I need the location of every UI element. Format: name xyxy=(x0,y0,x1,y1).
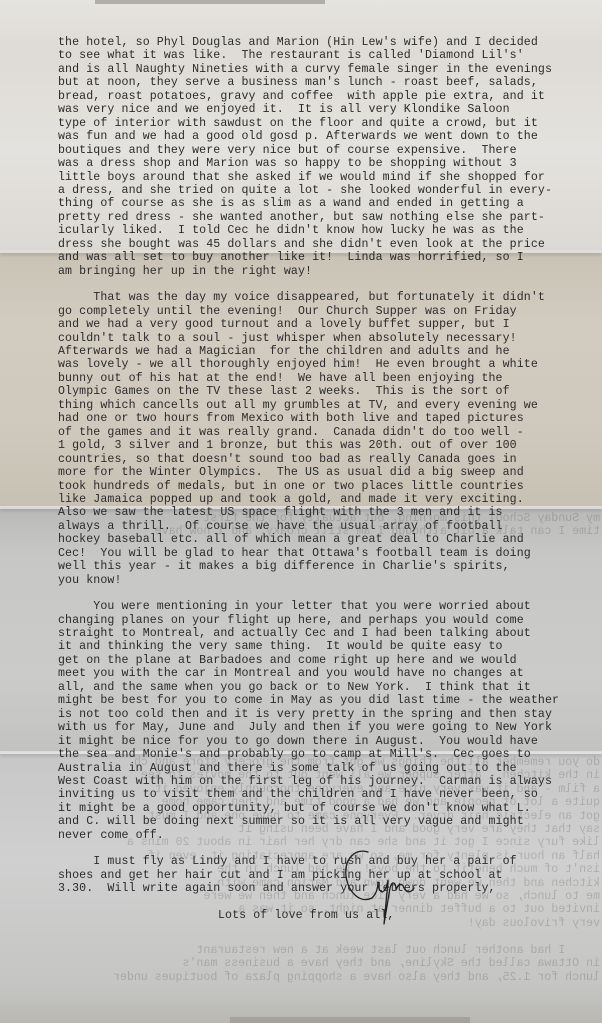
text-line: is not too cold then and it is very pret… xyxy=(58,708,598,721)
text-line: well this year - it makes a big differen… xyxy=(58,560,598,573)
text-line: was fun and we had a good old gosd p. Af… xyxy=(58,130,598,143)
text-line: Olympic Games on the TV these last 2 wee… xyxy=(58,385,598,398)
text-line: was lovely - we all thoroughly enjoyed h… xyxy=(58,358,598,371)
paragraph-sign-off: I must fly as Lindy and I have to rush a… xyxy=(58,855,598,895)
text-line: countries, so that doesn't sound too bad… xyxy=(58,453,598,466)
text-line: go completely until the evening! Our Chu… xyxy=(58,305,598,318)
text-line: more for the Winter Olympics. The US as … xyxy=(58,466,598,479)
text-line: 3.30. Will write again soon and answer y… xyxy=(58,882,598,895)
text-line: bread, roast potatoes, gravy and coffee … xyxy=(58,90,598,103)
text-line: straight to Montreal, and actually Cec a… xyxy=(58,627,598,640)
text-line: but at noon, they serve a business man's… xyxy=(58,76,598,89)
paragraph-olympics: That was the day my voice disappeared, b… xyxy=(58,291,598,587)
text-line: 1 gold, 3 silver and 1 bronze, but this … xyxy=(58,439,598,452)
text-line: thing of course as she is as slim as a w… xyxy=(58,197,598,210)
text-line: it might be a good opportunity, but of c… xyxy=(58,802,598,815)
text-line: pretty red dress - she wanted another, b… xyxy=(58,211,598,224)
text-line: icularly liked. I told Cec he didn't kno… xyxy=(58,224,598,237)
text-line: Australia in August and there is some ta… xyxy=(58,762,598,775)
paragraph-gap xyxy=(58,842,598,855)
text-line: meet you with the car in Montreal and yo… xyxy=(58,667,598,680)
text-line: the sea and Monie's and probably go to c… xyxy=(58,748,598,761)
text-line: it might be nice for you to go down ther… xyxy=(58,735,598,748)
text-line: never come off. xyxy=(58,829,598,842)
closing-line: Lots of love from us all, xyxy=(58,909,598,922)
text-line: changing planes on your flight up here, … xyxy=(58,614,598,627)
text-line: it and thinking the very same thing. It … xyxy=(58,640,598,653)
text-line: I must fly as Lindy and I have to rush a… xyxy=(58,855,598,868)
text-line: type of interior with sawdust on the flo… xyxy=(58,117,598,130)
text-line: hockey baseball etc. all of which mean a… xyxy=(58,533,598,546)
paragraph-gap xyxy=(58,587,598,600)
text-line: all, and the same when you go back or to… xyxy=(58,681,598,694)
paragraph-restaurant: the hotel, so Phyl Douglas and Marion (H… xyxy=(58,36,598,278)
paragraph-gap xyxy=(58,278,598,291)
text-line: like Jamaica popped up and took a gold, … xyxy=(58,493,598,506)
text-line: the hotel, so Phyl Douglas and Marion (H… xyxy=(58,36,598,49)
text-line: and we had a very good turnout and a lov… xyxy=(58,318,598,331)
text-line: shoes and get her hair cut and I am pick… xyxy=(58,869,598,882)
text-line: You were mentioning in your letter that … xyxy=(58,600,598,613)
text-line: always a thrill. Of course we have the u… xyxy=(58,520,598,533)
paragraph-travel-plans: You were mentioning in your letter that … xyxy=(58,600,598,842)
text-line: am bringing her up in the right way! xyxy=(58,265,598,278)
scan-edge-top xyxy=(95,0,325,4)
handwritten-signature xyxy=(338,848,428,928)
text-line: West Coast with him on the first leg of … xyxy=(58,775,598,788)
text-line: was very nice and we enjoyed it. It is a… xyxy=(58,103,598,116)
text-line: with us for May, June and July and then … xyxy=(58,721,598,734)
text-line: of the games and it was really grand. Ca… xyxy=(58,426,598,439)
text-line: a dress, and she tried on quite a lot - … xyxy=(58,184,598,197)
scanned-letter-page: my Sunday School this morning, but actua… xyxy=(0,0,602,1023)
text-line: and was all set to buy another like it! … xyxy=(58,251,598,264)
text-line: Also we saw the latest US space flight w… xyxy=(58,506,598,519)
text-line: thing which cancells out all my grumbles… xyxy=(58,399,598,412)
text-line: dress she bought was 45 dollars and she … xyxy=(58,238,598,251)
text-line: you know! xyxy=(58,574,598,587)
text-line: Cec! You will be glad to hear that Ottaw… xyxy=(58,547,598,560)
text-line: That was the day my voice disappeared, b… xyxy=(58,291,598,304)
text-line: was a dress shop and Marion was so happy… xyxy=(58,157,598,170)
letter-body: the hotel, so Phyl Douglas and Marion (H… xyxy=(58,36,598,922)
scan-edge-bottom xyxy=(230,1017,470,1023)
text-line: and is all Naughty Nineties with a curvy… xyxy=(58,63,598,76)
text-line: little boys around that she asked if we … xyxy=(58,171,598,184)
text-line: had one or two hours from Mexico with bo… xyxy=(58,412,598,425)
text-line: took hundreds of medals, but in one or t… xyxy=(58,480,598,493)
text-line: Afterwards we had a Magician for the chi… xyxy=(58,345,598,358)
text-line: bunny out of his hat at the end! We have… xyxy=(58,372,598,385)
text-line: might be best for you to come in May as … xyxy=(58,694,598,707)
text-line: inviting us to visit them and the childr… xyxy=(58,788,598,801)
text-line: and C. will be doing next summer so it i… xyxy=(58,815,598,828)
text-line: couldn't talk to a soul - just whisper w… xyxy=(58,332,598,345)
text-line: get on the plane at Barbadoes and come r… xyxy=(58,654,598,667)
text-line: to see what it was like. The restaurant … xyxy=(58,49,598,62)
text-line: boutiques and they were very nice but of… xyxy=(58,144,598,157)
